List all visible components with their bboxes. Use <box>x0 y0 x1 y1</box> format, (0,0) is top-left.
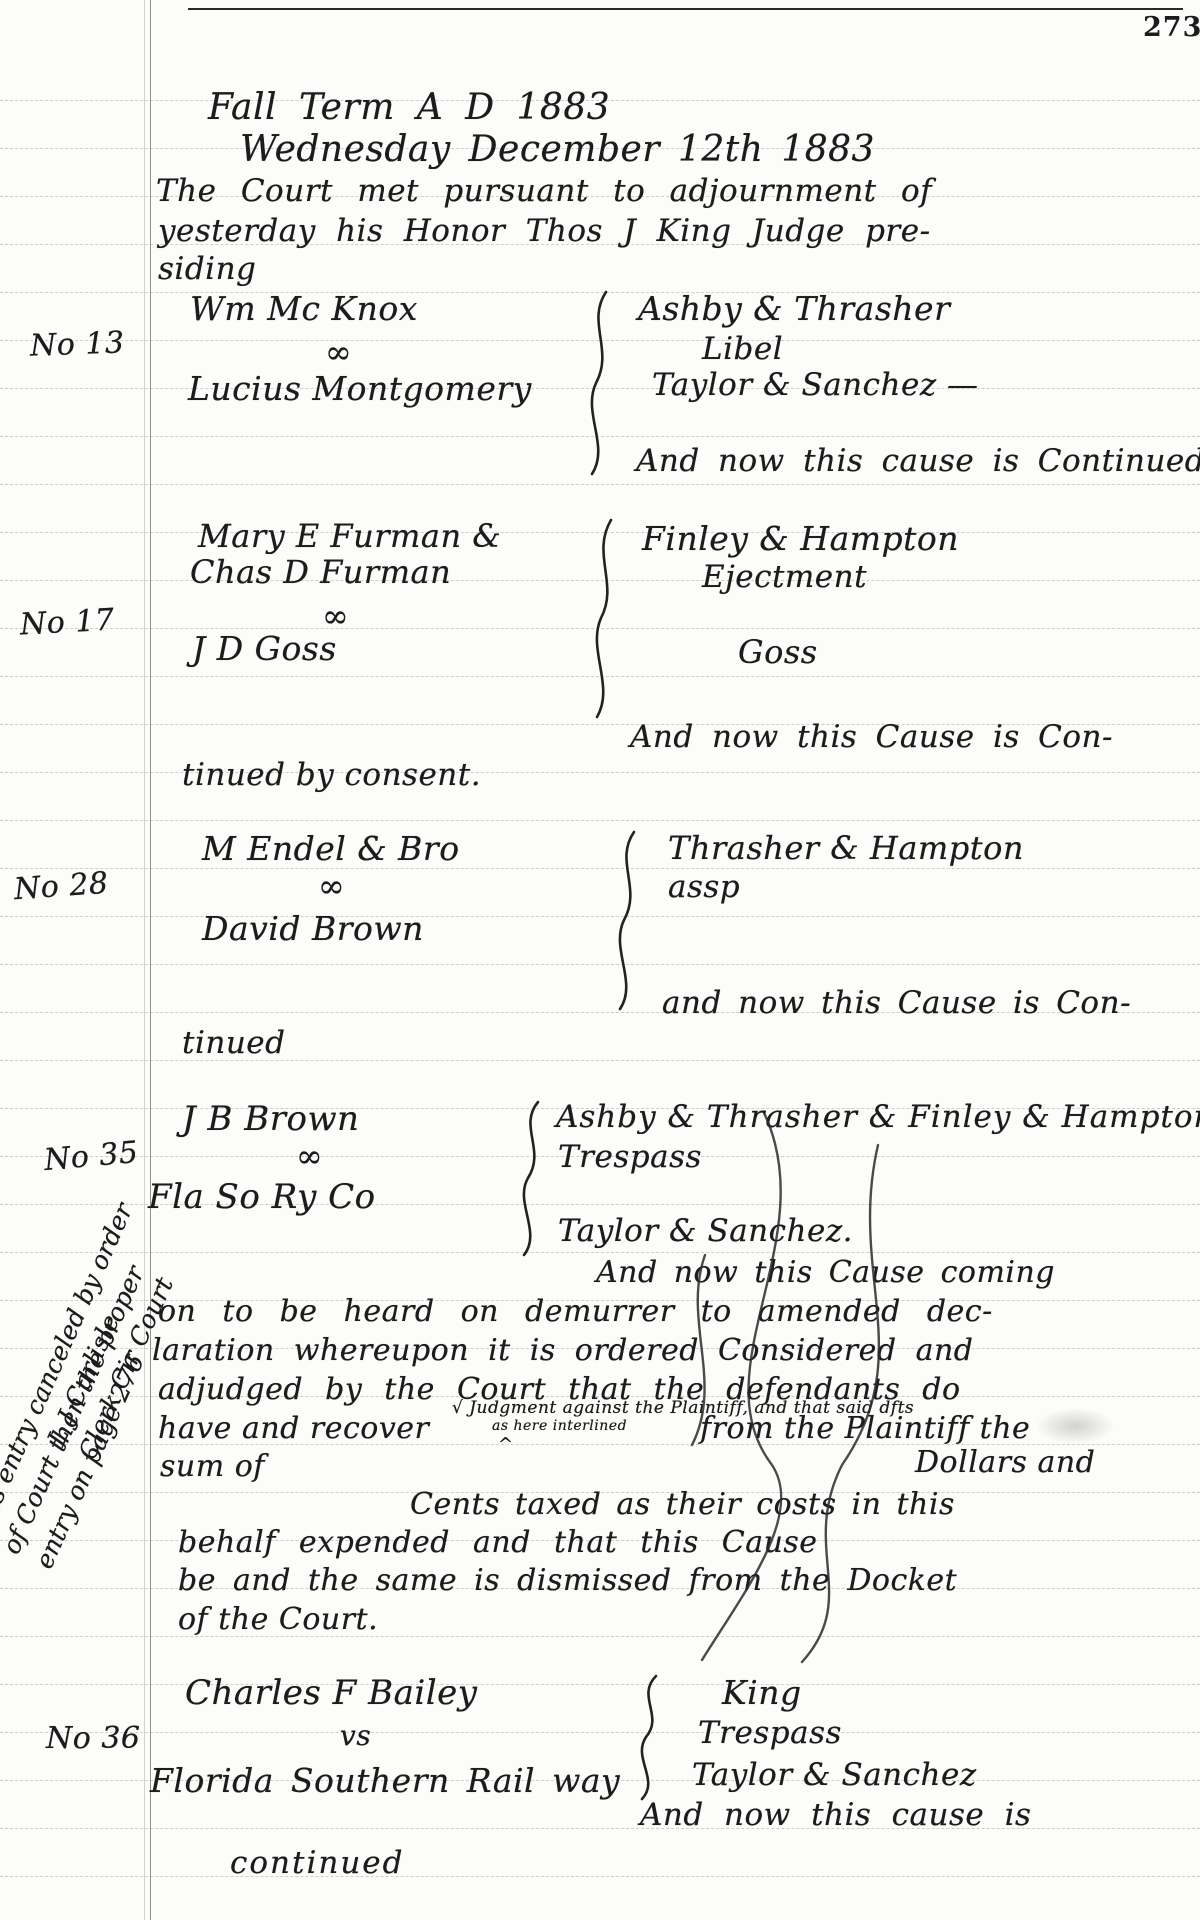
case-35-order-line-2: on to be heard on demurrer to amended de… <box>158 1297 993 1327</box>
case-13-order-line: And now this cause is Continued <box>636 446 1200 477</box>
case-28-plaintiff: M Endel & Bro <box>202 832 460 865</box>
opening-line-3: siding <box>158 254 256 285</box>
ruled-line <box>0 820 1200 821</box>
case-17-attorney-plaintiff: Finley & Hampton <box>642 522 959 555</box>
case-36-number: No 36 <box>46 1724 141 1754</box>
case-17-plaintiff-1: Mary E Furman & <box>198 520 501 552</box>
erasure-smudge <box>1035 1408 1115 1444</box>
case-36-defendant: Florida Southern Rail way <box>150 1764 620 1797</box>
case-17-brace <box>585 516 625 721</box>
case-35-brace <box>512 1098 552 1258</box>
case-35-attorney-defendant: Taylor & Sanchez. <box>558 1216 853 1247</box>
case-35-interlined-note-2: as here interlined <box>492 1419 627 1433</box>
ruled-line <box>0 964 1200 965</box>
opening-line-1: The Court met pursuant to adjournment of <box>156 176 932 207</box>
case-17-plaintiff-2: Chas D Furman <box>190 556 451 588</box>
case-35-order-line-10: of the Court. <box>178 1605 378 1635</box>
ruled-line <box>0 1732 1200 1733</box>
ruled-line <box>0 1684 1200 1685</box>
case-17-order-line-1: And now this Cause is Con- <box>630 722 1113 753</box>
case-28-attorney-plaintiff: Thrasher & Hampton <box>668 832 1024 864</box>
case-36-vs-symbol: vs <box>340 1722 371 1750</box>
margin-line <box>150 0 151 1920</box>
case-28-defendant: David Brown <box>202 912 424 945</box>
case-36-cause-of-action: Trespass <box>698 1718 842 1749</box>
ruled-line <box>0 628 1200 629</box>
case-17-vs-symbol: ∞ <box>322 600 349 632</box>
case-35-cause-of-action: Trespass <box>558 1142 702 1173</box>
term-heading: Fall Term A D 1883 <box>208 90 610 126</box>
case-35-order-line-6-right: Dollars and <box>915 1448 1095 1478</box>
case-35-order-line-7: Cents taxed as their costs in this <box>410 1490 955 1520</box>
ruled-line <box>0 532 1200 533</box>
case-36-attorney-plaintiff: King <box>722 1676 802 1709</box>
ruled-line <box>0 868 1200 869</box>
ledger-page: 273 Fall Term A D 1883 Wednesday Decembe… <box>0 0 1200 1920</box>
page-number: 273 <box>1143 12 1200 43</box>
ruled-line <box>0 388 1200 389</box>
case-13-vs-symbol: ∞ <box>325 336 352 368</box>
case-28-brace <box>608 828 648 1013</box>
ruled-line <box>0 916 1200 917</box>
case-36-brace <box>630 1672 670 1802</box>
ruled-line <box>0 772 1200 773</box>
case-36-plaintiff: Charles F Bailey <box>185 1676 477 1710</box>
case-36-order-line-1: And now this cause is <box>640 1800 1031 1831</box>
opening-line-2: yesterday his Honor Thos J King Judge pr… <box>158 216 931 247</box>
ruled-line <box>0 436 1200 437</box>
case-17-order-line-2: tinued by consent. <box>182 760 481 791</box>
case-35-order-line-5-right: from the Plaintiff the <box>700 1414 1030 1444</box>
case-35-order-line-3: laration whereupon it is ordered Conside… <box>152 1336 974 1366</box>
case-13-attorney-defendant: Taylor & Sanchez — <box>652 370 979 401</box>
case-28-vs-symbol: ∞ <box>318 870 345 902</box>
date-heading: Wednesday December 12th 1883 <box>240 132 875 168</box>
case-35-caret: ^ <box>498 1436 514 1454</box>
case-35-order-line-5-left: have and recover <box>158 1414 429 1444</box>
case-13-plaintiff: Wm Mc Knox <box>190 292 418 325</box>
case-17-defendant: J D Goss <box>192 632 337 665</box>
case-17-number: No 17 <box>19 606 115 641</box>
case-28-order-line-1: and now this Cause is Con- <box>662 988 1131 1019</box>
case-13-attorney-plaintiff: Ashby & Thrasher <box>638 292 950 325</box>
ruled-line <box>0 1876 1200 1877</box>
case-36-attorney-defendant: Taylor & Sanchez <box>692 1760 977 1791</box>
case-13-brace <box>580 288 620 478</box>
case-28-number: No 28 <box>13 869 109 906</box>
margin-line-faint <box>144 0 145 1920</box>
case-35-order-line-9: be and the same is dismissed from the Do… <box>178 1566 957 1596</box>
case-13-defendant: Lucius Montgomery <box>188 372 532 405</box>
case-35-order-line-1: And now this Cause coming <box>596 1258 1055 1288</box>
case-13-cause-of-action: Libel <box>702 334 783 365</box>
case-17-attorney-defendant: Goss <box>738 636 818 668</box>
case-28-cause-of-action: assp <box>668 872 740 903</box>
case-17-cause-of-action: Ejectment <box>702 562 867 593</box>
case-35-order-line-8: behalf expended and that this Cause <box>178 1528 818 1558</box>
case-13-number: No 13 <box>30 328 126 361</box>
case-36-order-line-2: continued <box>230 1848 404 1879</box>
case-35-attorneys-plaintiff: Ashby & Thrasher & Finley & Hampton <box>556 1102 1200 1133</box>
ruled-line <box>0 340 1200 341</box>
ruled-line <box>0 292 1200 293</box>
case-35-vs-symbol: ∞ <box>296 1140 323 1172</box>
ruled-line <box>0 580 1200 581</box>
ruled-line <box>0 676 1200 677</box>
case-35-order-line-6-left: sum of <box>160 1452 265 1482</box>
top-border-line <box>188 8 1183 10</box>
ruled-line <box>0 484 1200 485</box>
